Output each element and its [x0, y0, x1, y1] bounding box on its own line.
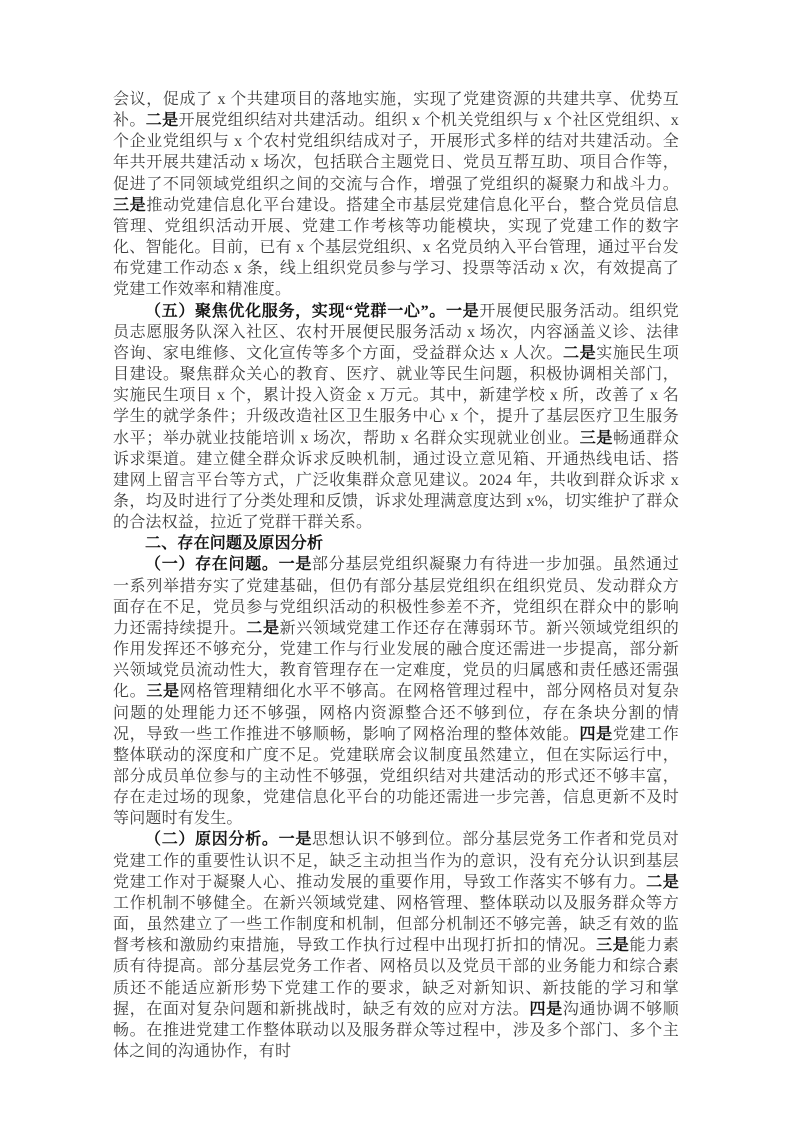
text-run: 推动党建信息化平台建设。搭建全市基层党建信息化平台，整合党员信息管理、党组织活动… [113, 197, 679, 299]
bold-run: 二、存在问题及原因分析 [145, 535, 323, 552]
bold-run: 三是 [596, 937, 629, 954]
paragraph-continuation: 会议，促成了 x 个共建项目的落地实施，实现了党建资源的共建共享、优势互补。二是… [113, 89, 679, 301]
text-run: 工作机制不够健全。在新兴领域党建、网格管理、整体联动以及服务群众等方面，虽然建立… [113, 895, 679, 954]
bold-run: 三是 [113, 197, 146, 214]
bold-run: 二是 [646, 874, 679, 891]
bold-run: 四是 [530, 1001, 563, 1018]
bold-run: 三是 [146, 683, 179, 700]
bold-run: （五）聚焦优化服务，实现“党群一心”。一是 [145, 303, 479, 320]
bold-run: 二是 [246, 620, 279, 637]
heading-section-two: 二、存在问题及原因分析 [113, 533, 679, 554]
paragraph-problems: （一）存在问题。一是部分基层党组织凝聚力有待进一步加强。虽然通过一系列举措夯实了… [113, 554, 679, 829]
document-body: 会议，促成了 x 个共建项目的落地实施，实现了党建资源的共建共享、优势互补。二是… [113, 89, 679, 1062]
document-page: 会议，促成了 x 个共建项目的落地实施，实现了党建资源的共建共享、优势互补。二是… [0, 0, 793, 1122]
text-run: 开展党组织结对共建活动。组织 x 个机关党组织与 x 个社区党组织、x 个企业党… [113, 112, 679, 192]
bold-run: 四是 [579, 726, 612, 743]
bold-run: 三是 [580, 430, 613, 447]
paragraph-section-five: （五）聚焦优化服务，实现“党群一心”。一是开展便民服务活动。组织党员志愿服务队深… [113, 301, 679, 534]
paragraph-causes: （二）原因分析。一是思想认识不够到位。部分基层党务工作者和党员对党建工作的重要性… [113, 829, 679, 1062]
bold-run: 二是 [146, 112, 179, 129]
bold-run: （一）存在问题。一是 [145, 556, 312, 573]
bold-run: 二是 [563, 345, 596, 362]
bold-run: （二）原因分析。一是 [145, 831, 312, 848]
